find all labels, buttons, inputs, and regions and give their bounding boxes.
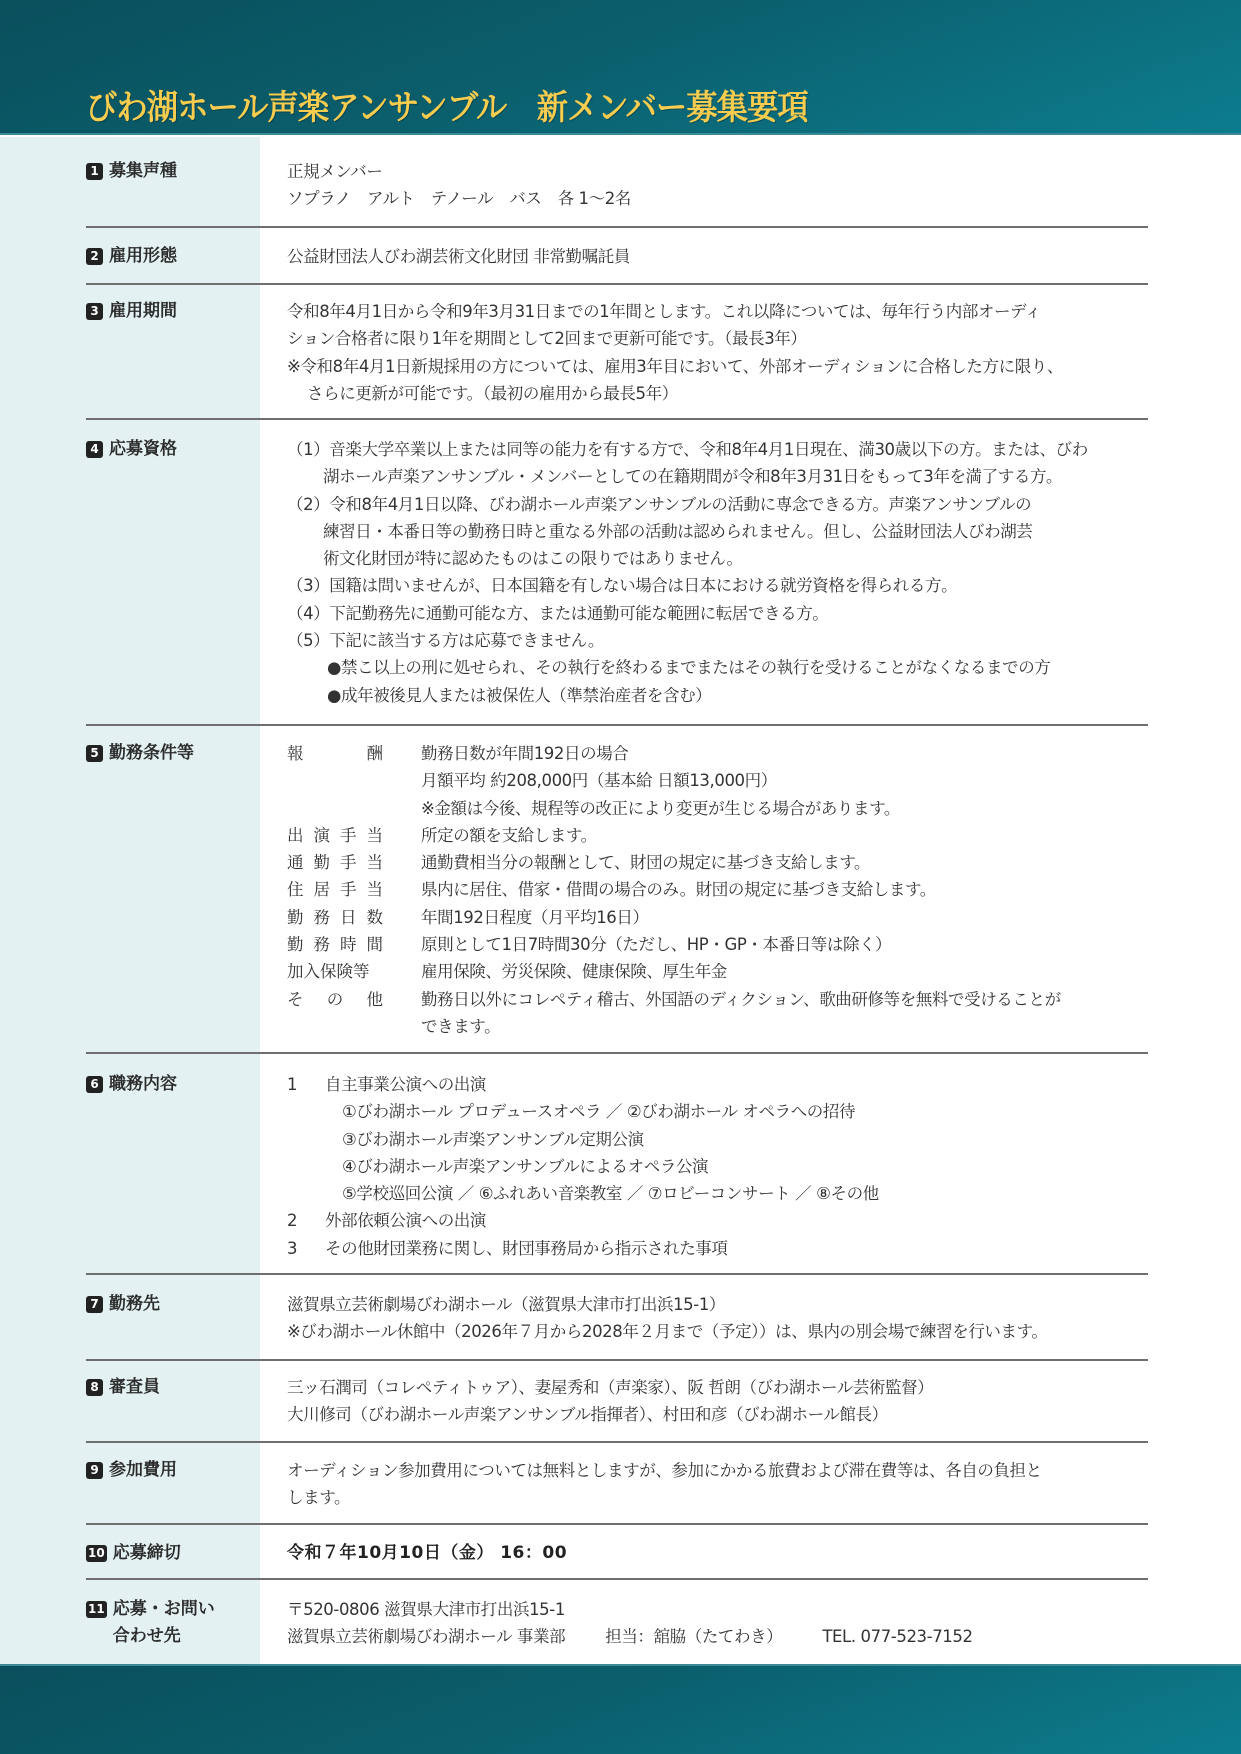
divider xyxy=(86,1523,1148,1525)
section-employment-type: 2 雇用形態 公益財団法人びわ湖芸術文化財団 非常勤嘱託員 xyxy=(86,243,1148,285)
divider xyxy=(86,1052,1148,1054)
divider xyxy=(86,283,1148,285)
section-recruit-voices: 1 募集声種 正規メンバー ソプラノ アルト テノール バス 各 1〜2名 xyxy=(86,158,1148,228)
number-badge-icon: 2 xyxy=(86,248,103,265)
section-employment-period: 3 雇用期間 令和8年4月1日から令和9年3月31日までの1年間とします。これ以… xyxy=(86,298,1148,420)
section-judges: 8 審査員 三ッ石潤司（コレペティトゥア）、妻屋秀和（声楽家）、阪 哲朗（びわ湖… xyxy=(86,1374,1148,1443)
section-value: （1）音楽大学卒業以上または同等の能力を有する方で、令和8年4月1日現在、満30… xyxy=(287,436,1149,709)
duty-item: 1自主事業公演への出演 xyxy=(287,1071,1149,1098)
section-value: 三ッ石潤司（コレペティトゥア）、妻屋秀和（声楽家）、阪 哲朗（びわ湖ホール芸術監… xyxy=(287,1374,1149,1429)
number-badge-icon: 11 xyxy=(86,1601,107,1618)
section-label: 1 募集声種 xyxy=(86,158,177,185)
divider xyxy=(86,1359,1148,1361)
section-contact: 11 応募・お問い 合わせ先 〒520-0806 滋賀県大津市打出浜15-1 滋… xyxy=(86,1596,1148,1664)
section-workplace: 7 勤務先 滋賀県立芸術劇場びわ湖ホール（滋賀県大津市打出浜15-1） ※びわ湖… xyxy=(86,1291,1148,1361)
duty-subitem: ④びわ湖ホール声楽アンサンブルによるオペラ公演 xyxy=(287,1153,1149,1180)
section-label: 6 職務内容 xyxy=(86,1071,177,1098)
section-value: 〒520-0806 滋賀県大津市打出浜15-1 滋賀県立芸術劇場びわ湖ホール 事… xyxy=(287,1596,1149,1651)
divider xyxy=(86,724,1148,726)
condition-salary: 報 酬 勤務日数が年間192日の場合 月額平均 約208,000円（基本給 日額… xyxy=(287,740,1149,822)
section-working-conditions: 5 勤務条件等 報 酬 勤務日数が年間192日の場合 月額平均 約208,000… xyxy=(86,740,1148,1054)
divider xyxy=(86,1441,1148,1443)
condition-commute-allowance: 通 勤 手 当 通勤費相当分の報酬として、財団の規定に基づき支給します。 xyxy=(287,849,1149,876)
section-value: 公益財団法人びわ湖芸術文化財団 非常勤嘱託員 xyxy=(287,243,1149,270)
section-value: 正規メンバー ソプラノ アルト テノール バス 各 1〜2名 xyxy=(287,158,1149,213)
section-eligibility: 4 応募資格 （1）音楽大学卒業以上または同等の能力を有する方で、令和8年4月1… xyxy=(86,436,1148,726)
number-badge-icon: 3 xyxy=(86,303,103,320)
condition-insurance: 加入保険等 雇用保険、労災保険、健康保険、厚生年金 xyxy=(287,958,1149,985)
number-badge-icon: 10 xyxy=(86,1545,107,1562)
condition-other: そ の 他 勤務日以外にコレペティ稽古、外国語のディクション、歌曲研修等を無料で… xyxy=(287,986,1149,1041)
section-value: 令和8年4月1日から令和9年3月31日までの1年間とします。これ以降については、… xyxy=(287,298,1149,407)
section-value: 報 酬 勤務日数が年間192日の場合 月額平均 約208,000円（基本給 日額… xyxy=(287,740,1149,1040)
section-label: 9 参加費用 xyxy=(86,1457,177,1484)
number-badge-icon: 5 xyxy=(86,745,103,762)
number-badge-icon: 7 xyxy=(86,1296,103,1313)
section-label: 7 勤務先 xyxy=(86,1291,160,1318)
contact-tel[interactable]: TEL. 077-523-7152 xyxy=(822,1623,972,1650)
condition-working-hours: 勤 務 時 間 原則として1日7時間30分（ただし、HP・GP・本番日等は除く） xyxy=(287,931,1149,958)
condition-performance-allowance: 出 演 手 当 所定の額を支給します。 xyxy=(287,822,1149,849)
number-badge-icon: 1 xyxy=(86,163,103,180)
contact-person: 担当：舘脇（たてわき） xyxy=(605,1623,782,1650)
number-badge-icon: 8 xyxy=(86,1379,103,1396)
deadline-date: 令和７年10月10日（金） 16：00 xyxy=(287,1540,1149,1567)
section-deadline: 10 応募締切 令和７年10月10日（金） 16：00 xyxy=(86,1540,1148,1580)
number-badge-icon: 9 xyxy=(86,1462,103,1479)
number-badge-icon: 6 xyxy=(86,1076,103,1093)
section-label: 8 審査員 xyxy=(86,1374,160,1401)
section-participation-fee: 9 参加費用 オーディション参加費用については無料としますが、参加にかかる旅費お… xyxy=(86,1457,1148,1525)
contact-org: 滋賀県立芸術劇場びわ湖ホール 事業部 xyxy=(287,1623,565,1650)
section-value: オーディション参加費用については無料としますが、参加にかかる旅費および滞在費等は… xyxy=(287,1457,1149,1512)
duty-subitem: ⑤学校巡回公演 ／ ⑥ふれあい音楽教室 ／ ⑦ロビーコンサート ／ ⑧その他 xyxy=(287,1180,1149,1207)
contact-address: 〒520-0806 滋賀県大津市打出浜15-1 xyxy=(287,1596,1149,1623)
condition-working-days: 勤 務 日 数 年間192日程度（月平均16日） xyxy=(287,904,1149,931)
section-label: 5 勤務条件等 xyxy=(86,740,194,767)
section-label: 2 雇用形態 xyxy=(86,243,177,270)
section-value: 令和７年10月10日（金） 16：00 xyxy=(287,1540,1149,1567)
duty-subitem: ③びわ湖ホール声楽アンサンブル定期公演 xyxy=(287,1126,1149,1153)
condition-housing-allowance: 住 居 手 当 県内に居住、借家・借間の場合のみ。財団の規定に基づき支給します。 xyxy=(287,876,1149,903)
divider xyxy=(86,226,1148,228)
divider xyxy=(86,418,1148,420)
divider xyxy=(86,1273,1148,1275)
section-value: 1自主事業公演への出演 ①びわ湖ホール プロデュースオペラ ／ ②びわ湖ホール … xyxy=(287,1071,1149,1262)
divider xyxy=(86,1578,1148,1580)
duty-subitem: ①びわ湖ホール プロデュースオペラ ／ ②びわ湖ホール オペラへの招待 xyxy=(287,1098,1149,1125)
section-label: 10 応募締切 xyxy=(86,1540,181,1567)
section-label: 3 雇用期間 xyxy=(86,298,177,325)
footer-banner xyxy=(0,1664,1241,1754)
header-banner: びわ湖ホール声楽アンサンブル 新メンバー募集要項 xyxy=(0,0,1241,135)
duty-item: 2外部依頼公演への出演 xyxy=(287,1207,1149,1234)
duty-item: 3その他財団業務に関し、財団事務局から指示された事項 xyxy=(287,1235,1149,1262)
section-label: 4 応募資格 xyxy=(86,436,177,463)
section-label: 11 応募・お問い 合わせ先 xyxy=(86,1596,215,1650)
section-value: 滋賀県立芸術劇場びわ湖ホール（滋賀県大津市打出浜15-1） ※びわ湖ホール休館中… xyxy=(287,1291,1149,1346)
section-duties: 6 職務内容 1自主事業公演への出演 ①びわ湖ホール プロデュースオペラ ／ ②… xyxy=(86,1071,1148,1275)
number-badge-icon: 4 xyxy=(86,441,103,458)
page-title: びわ湖ホール声楽アンサンブル 新メンバー募集要項 xyxy=(86,80,808,129)
